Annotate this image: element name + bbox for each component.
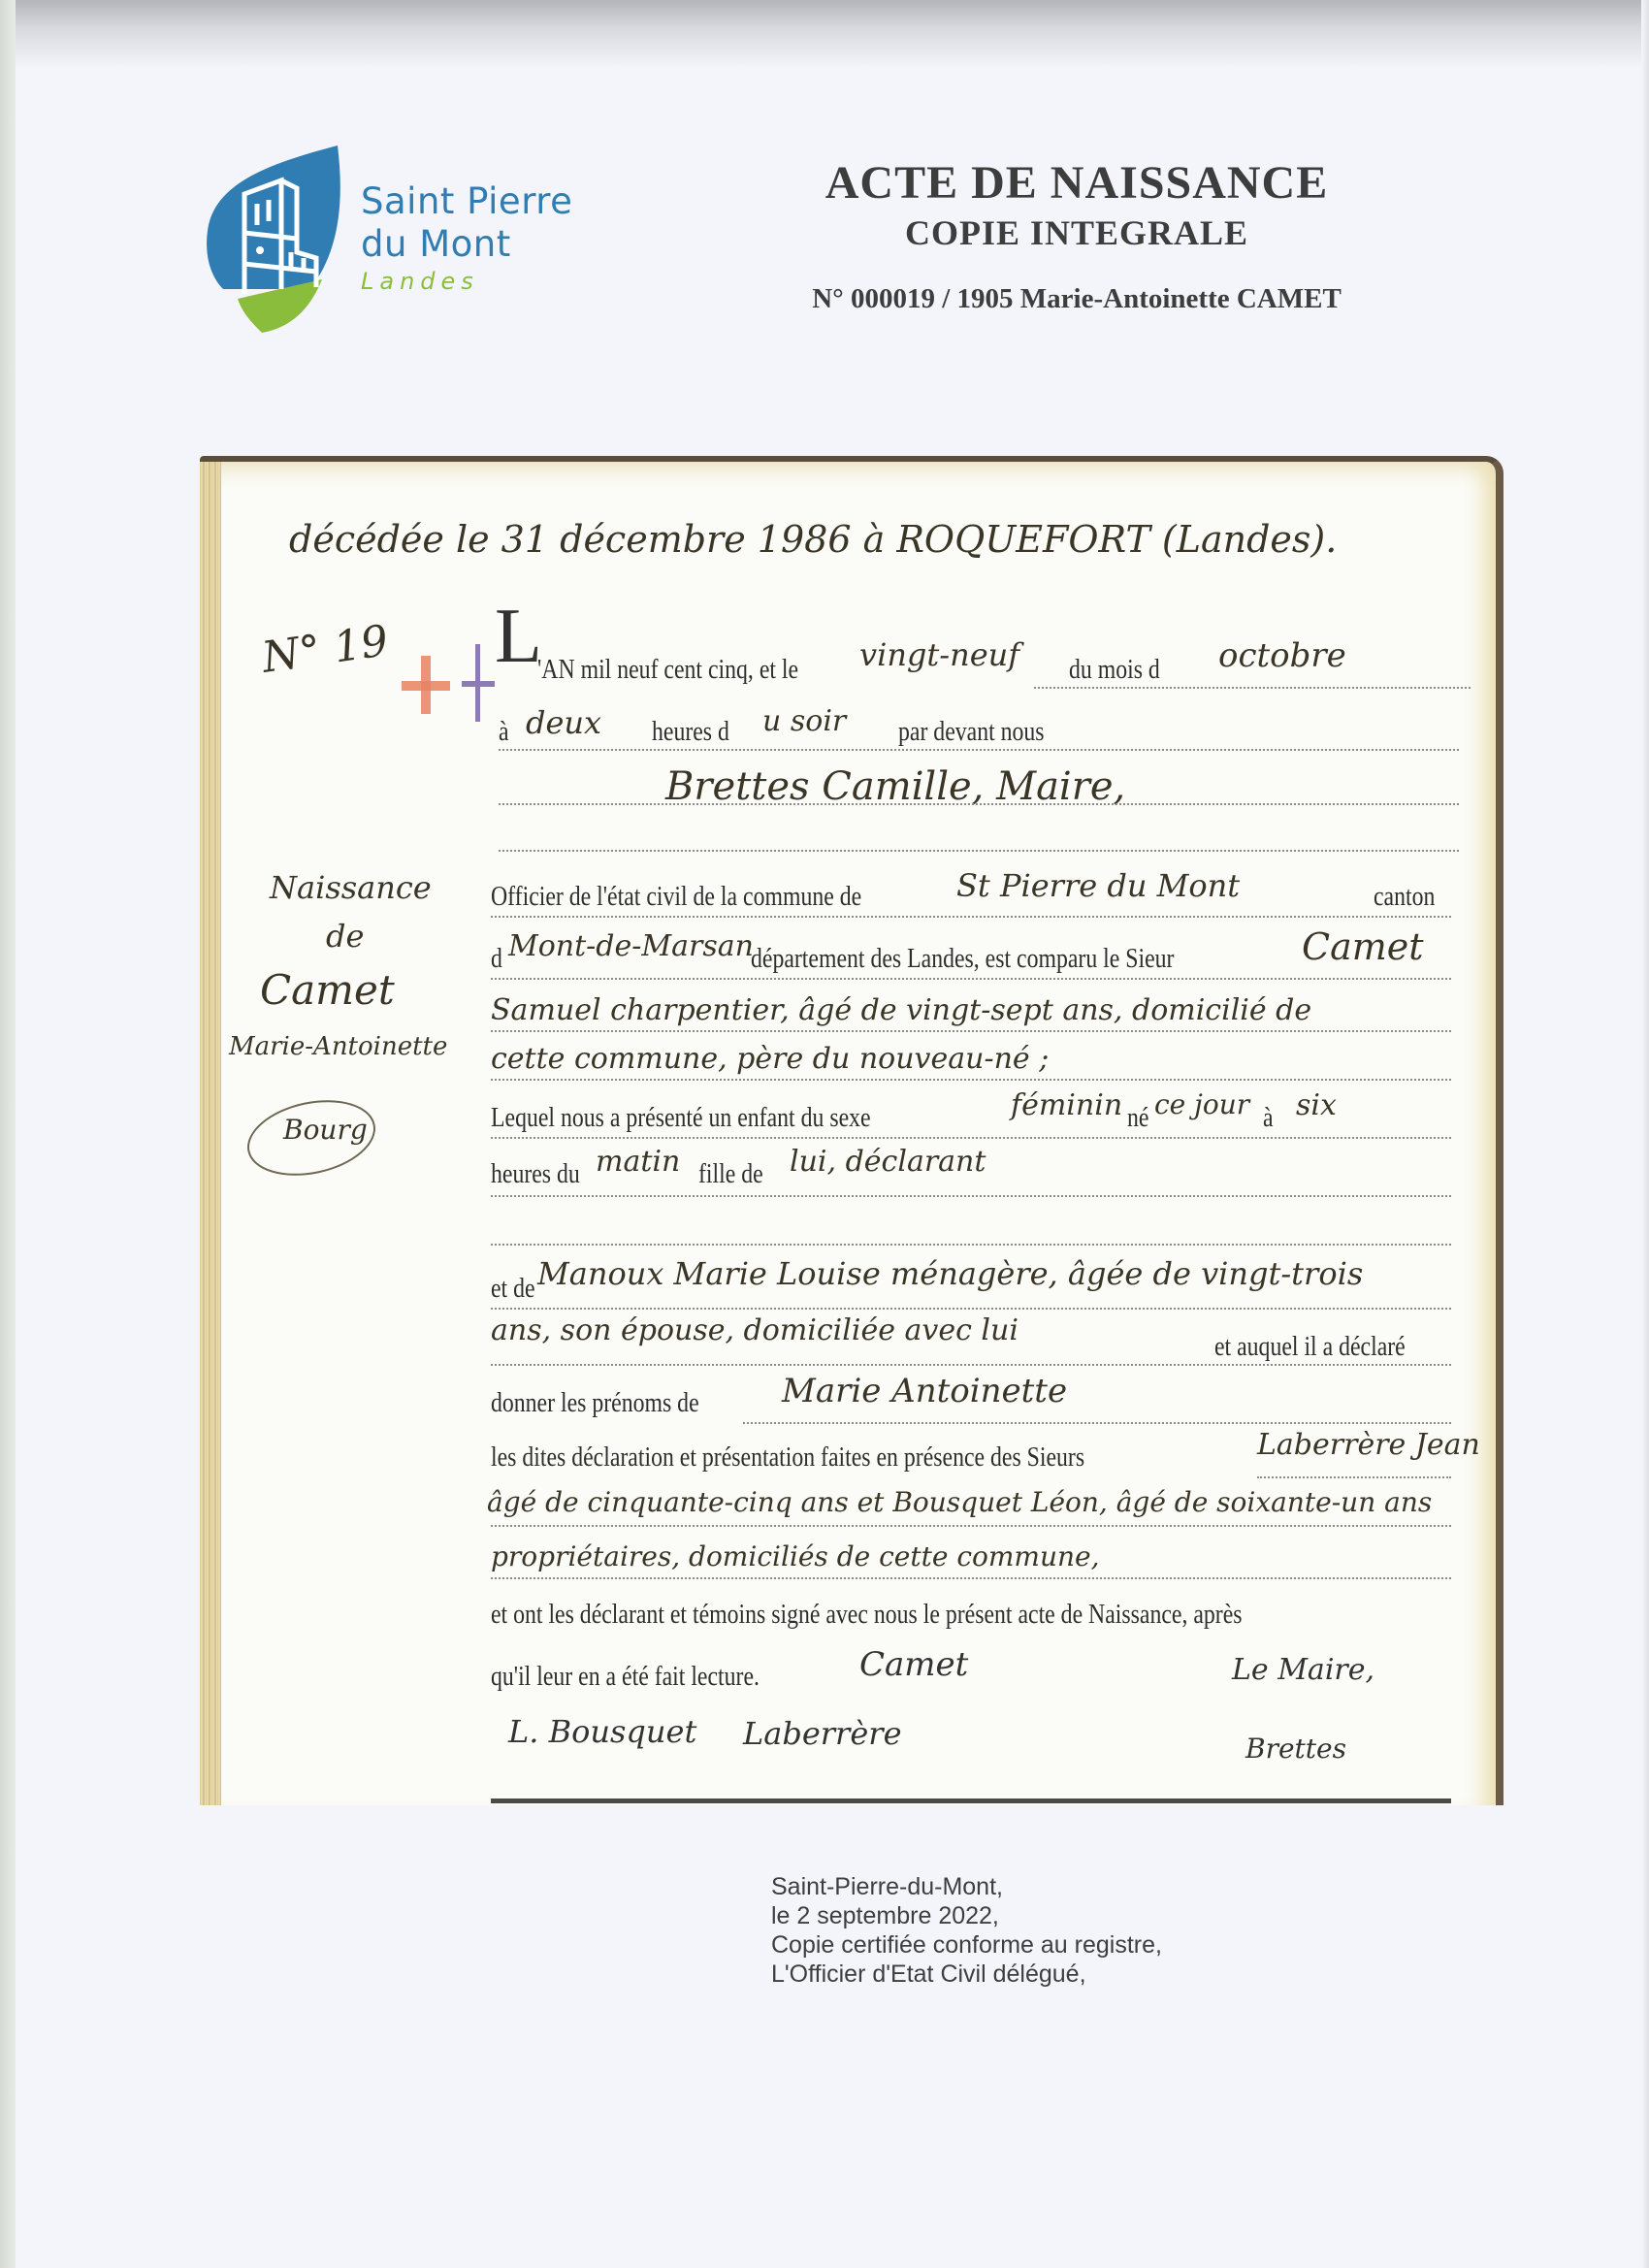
- line1-printed-a: 'AN mil neuf cent cinq, et le: [537, 654, 798, 686]
- red-cross-mark-icon: [402, 656, 450, 714]
- margin-note-line5: Bourg: [283, 1114, 368, 1146]
- cert-statement: Copie certifiée conforme au registre,: [771, 1930, 1162, 1960]
- line4-printed-a: Officier de l'état civil de la commune d…: [491, 881, 861, 913]
- dotted-rule: [1034, 687, 1471, 689]
- line8-printed-c: à: [1263, 1102, 1274, 1134]
- dotted-rule: [499, 749, 1459, 751]
- entry-number: N° 19: [259, 616, 391, 683]
- line5-printed-a: d: [491, 943, 502, 975]
- line5-hand-a: Mont-de-Marsan: [508, 929, 754, 963]
- dotted-rule: [491, 1030, 1451, 1032]
- church-tower-leaf-icon: [204, 144, 349, 338]
- dotted-rule: [491, 916, 1451, 918]
- dotted-rule: [491, 1577, 1451, 1579]
- line2-printed-a: à: [499, 716, 509, 748]
- line17-printed: qu'il leur en a été fait lecture.: [491, 1661, 760, 1693]
- line15-hand: propriétaires, domiciliés de cette commu…: [491, 1540, 1100, 1572]
- logo-line2: du Mont: [361, 223, 572, 266]
- line10-hand: Manoux Marie Louise ménagère, âgée de vi…: [537, 1255, 1363, 1292]
- dotted-rule: [491, 978, 1451, 980]
- line7-hand: cette commune, père du nouveau-né ;: [491, 1042, 1049, 1076]
- dotted-rule: [743, 1422, 1451, 1424]
- line2-printed-c: par devant nous: [898, 716, 1045, 748]
- line5-printed-b: département des Landes, est comparu le S…: [751, 943, 1174, 975]
- dotted-rule: [491, 1195, 1451, 1197]
- signature-mayor: Brettes: [1245, 1733, 1346, 1765]
- line8-printed-a: Lequel nous a présenté un enfant du sexe: [491, 1102, 871, 1134]
- signature-witness1: L. Bousquet: [508, 1713, 696, 1750]
- document-subtitle: COPIE INTEGRALE: [737, 211, 1416, 254]
- death-annotation: décédée le 31 décembre 1986 à ROQUEFORT …: [289, 518, 1337, 561]
- margin-note-line1: Naissance: [270, 869, 432, 906]
- line14-hand: âgé de cinquante-cinq ans et Bousquet Lé…: [487, 1486, 1432, 1518]
- dotted-rule: [491, 1308, 1451, 1310]
- line13-hand: Laberrère Jean: [1257, 1428, 1480, 1462]
- line4-printed-b: canton: [1374, 881, 1435, 913]
- signature-witness2: Laberrère: [743, 1715, 902, 1752]
- line1-hand-b: octobre: [1218, 636, 1346, 675]
- signature-mayor-title: Le Maire,: [1232, 1653, 1374, 1687]
- line8-hand-b: ce jour: [1154, 1088, 1249, 1120]
- line8-hand-c: six: [1296, 1088, 1337, 1122]
- certification-block: Saint-Pierre-du-Mont, le 2 septembre 202…: [771, 1872, 1162, 1989]
- dotted-rule: [499, 803, 1459, 805]
- scan-edge-left: [0, 0, 16, 2268]
- dotted-rule: [491, 1244, 1451, 1246]
- margin-note-line4: Marie-Antoinette: [229, 1032, 447, 1061]
- cert-officer: L'Officier d'Etat Civil délégué,: [771, 1960, 1162, 1989]
- line13-printed: les dites déclaration et présentation fa…: [491, 1442, 1084, 1474]
- cert-date: le 2 septembre 2022,: [771, 1901, 1162, 1930]
- logo-text: Saint Pierre du Mont Landes: [361, 180, 572, 295]
- scan-shadow: [0, 0, 1649, 68]
- dotted-rule: [491, 1525, 1451, 1527]
- line8-hand-a: féminin: [1011, 1088, 1122, 1122]
- line1-printed-b: du mois d: [1069, 654, 1160, 686]
- dotted-rule: [499, 850, 1459, 852]
- dotted-rule: [491, 1364, 1451, 1366]
- document-reference: N° 000019 / 1905 Marie-Antoinette CAMET: [737, 283, 1416, 315]
- line11-hand: ans, son épouse, domiciliée avec lui: [491, 1313, 1018, 1347]
- drop-cap: L: [495, 598, 542, 675]
- line12-printed: donner les prénoms de: [491, 1387, 699, 1419]
- logo-subtitle: Landes: [361, 268, 572, 295]
- line11-printed: et auquel il a déclaré: [1214, 1331, 1406, 1363]
- line9-printed-a: heures du: [491, 1158, 580, 1190]
- document-title: ACTE DE NAISSANCE: [737, 155, 1416, 211]
- line2-hand-a: deux: [526, 704, 601, 741]
- margin-note-line2: de: [326, 918, 364, 955]
- register-scan: décédée le 31 décembre 1986 à ROQUEFORT …: [200, 456, 1503, 1805]
- line4-hand-a: St Pierre du Mont: [956, 867, 1240, 904]
- scan-edge-right: [1641, 0, 1649, 2268]
- line9-hand-b: lui, déclarant: [790, 1145, 986, 1179]
- line8-printed-b: né: [1127, 1102, 1148, 1134]
- line10-printed: et de: [491, 1273, 535, 1305]
- line5-hand-b: Camet: [1302, 925, 1424, 968]
- signature-father: Camet: [859, 1645, 968, 1684]
- line9-printed-b: fille de: [698, 1158, 763, 1190]
- line6-hand: Samuel charpentier, âgé de vingt-sept an…: [491, 993, 1311, 1027]
- municipality-logo: Saint Pierre du Mont Landes: [204, 144, 630, 338]
- closing-rule: [491, 1798, 1451, 1803]
- register-binding: [200, 462, 221, 1805]
- line9-hand-a: matin: [596, 1145, 680, 1179]
- dotted-rule: [491, 1079, 1451, 1081]
- dotted-rule: [491, 1137, 1451, 1139]
- line12-hand: Marie Antoinette: [782, 1372, 1067, 1410]
- line1-hand-a: vingt-neuf: [859, 636, 1019, 673]
- cert-place: Saint-Pierre-du-Mont,: [771, 1872, 1162, 1901]
- document-header: ACTE DE NAISSANCE COPIE INTEGRALE N° 000…: [737, 155, 1416, 315]
- margin-note-line3: Camet: [260, 966, 395, 1014]
- purple-cross-mark-icon: [462, 644, 495, 722]
- line16-printed: et ont les déclarant et témoins signé av…: [491, 1599, 1243, 1631]
- logo-line1: Saint Pierre: [361, 180, 572, 223]
- dotted-rule: [1257, 1476, 1451, 1478]
- line2-printed-b: heures d: [652, 716, 729, 748]
- line2-hand-b: u soir: [762, 704, 846, 738]
